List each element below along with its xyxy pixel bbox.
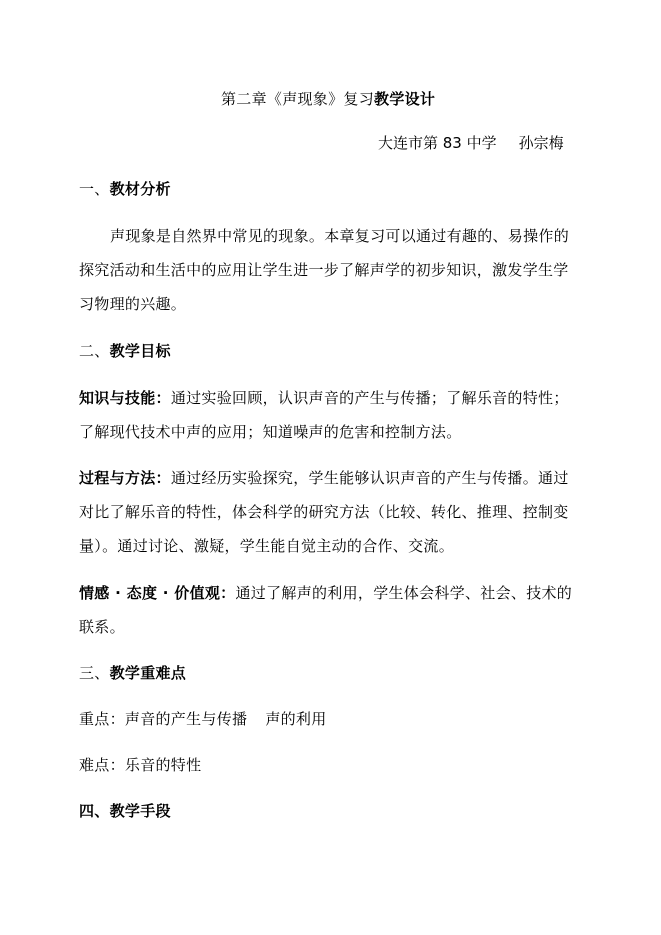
title-normal-part: 第二章《声现象》复习 <box>221 90 374 108</box>
goal-text-line: 量）。通过讨论、激疑，学生能自觉主动的合作、交流。 <box>79 536 454 556</box>
paragraph-line: 声现象是自然界中常见的现象。本章复习可以通过有趣的、易操作的 <box>110 226 569 246</box>
goal-text: 通过实验回顾，认识声音的产生与传播；了解乐音的特性； <box>171 389 569 407</box>
document-page: 第二章《声现象》复习教学设计 大连市第 83 中学孙宗梅 一、教材分析 声现象是… <box>0 0 661 935</box>
section-title: 教学手段 <box>110 802 171 820</box>
paragraph-line: 习物理的兴趣。 <box>79 294 186 314</box>
goal-text-line: 联系。 <box>79 617 125 637</box>
goal-text-line: 了解现代技术中声的应用；知道噪声的危害和控制方法。 <box>79 422 462 442</box>
key-point-item: 声音的产生与传播 <box>125 710 247 728</box>
section-title: 教学重难点 <box>110 664 187 682</box>
difficult-point-value: 乐音的特性 <box>125 756 202 774</box>
section-title: 教材分析 <box>110 180 171 198</box>
goal-label: 情感 · 态度 · 价值观： <box>79 584 236 602</box>
section-number: 一、 <box>79 180 110 198</box>
section-title: 教学目标 <box>110 342 171 360</box>
section-heading-4: 四、教学手段 <box>79 801 171 821</box>
goal-label: 知识与技能： <box>79 389 171 407</box>
author-school: 大连市第 83 中学 <box>378 134 497 152</box>
section-heading-2: 二、教学目标 <box>79 341 171 361</box>
section-number: 四、 <box>79 802 110 820</box>
goal-text-line: 对比了解乐音的特性，体会科学的研究方法（比较、转化、推理、控制变 <box>79 502 569 522</box>
difficult-point-label: 难点： <box>79 756 125 774</box>
section-number: 二、 <box>79 342 110 360</box>
author-line: 大连市第 83 中学孙宗梅 <box>378 133 564 153</box>
goal-text: 通过经历实验探究，学生能够认识声音的产生与传播。通过 <box>171 469 569 487</box>
key-point-line: 重点：声音的产生与传播声的利用 <box>79 709 327 729</box>
section-heading-1: 一、教材分析 <box>79 179 171 199</box>
goal-knowledge-line: 知识与技能：通过实验回顾，认识声音的产生与传播；了解乐音的特性； <box>79 388 569 408</box>
goal-process-line: 过程与方法：通过经历实验探究，学生能够认识声音的产生与传播。通过 <box>79 468 569 488</box>
section-number: 三、 <box>79 664 110 682</box>
goal-attitude-line: 情感 · 态度 · 价值观：通过了解声的利用，学生体会科学、社会、技术的 <box>79 583 572 603</box>
goal-text: 通过了解声的利用，学生体会科学、社会、技术的 <box>236 584 573 602</box>
document-title: 第二章《声现象》复习教学设计 <box>221 89 435 109</box>
goal-label: 过程与方法： <box>79 469 171 487</box>
key-point-item: 声的利用 <box>265 710 326 728</box>
paragraph-line: 探究活动和生活中的应用让学生进一步了解声学的初步知识，激发学生学 <box>79 260 569 280</box>
difficult-point-line: 难点：乐音的特性 <box>79 755 201 775</box>
author-name: 孙宗梅 <box>519 134 564 152</box>
title-bold-part: 教学设计 <box>374 90 435 108</box>
key-point-label: 重点： <box>79 710 125 728</box>
section-heading-3: 三、教学重难点 <box>79 663 186 683</box>
